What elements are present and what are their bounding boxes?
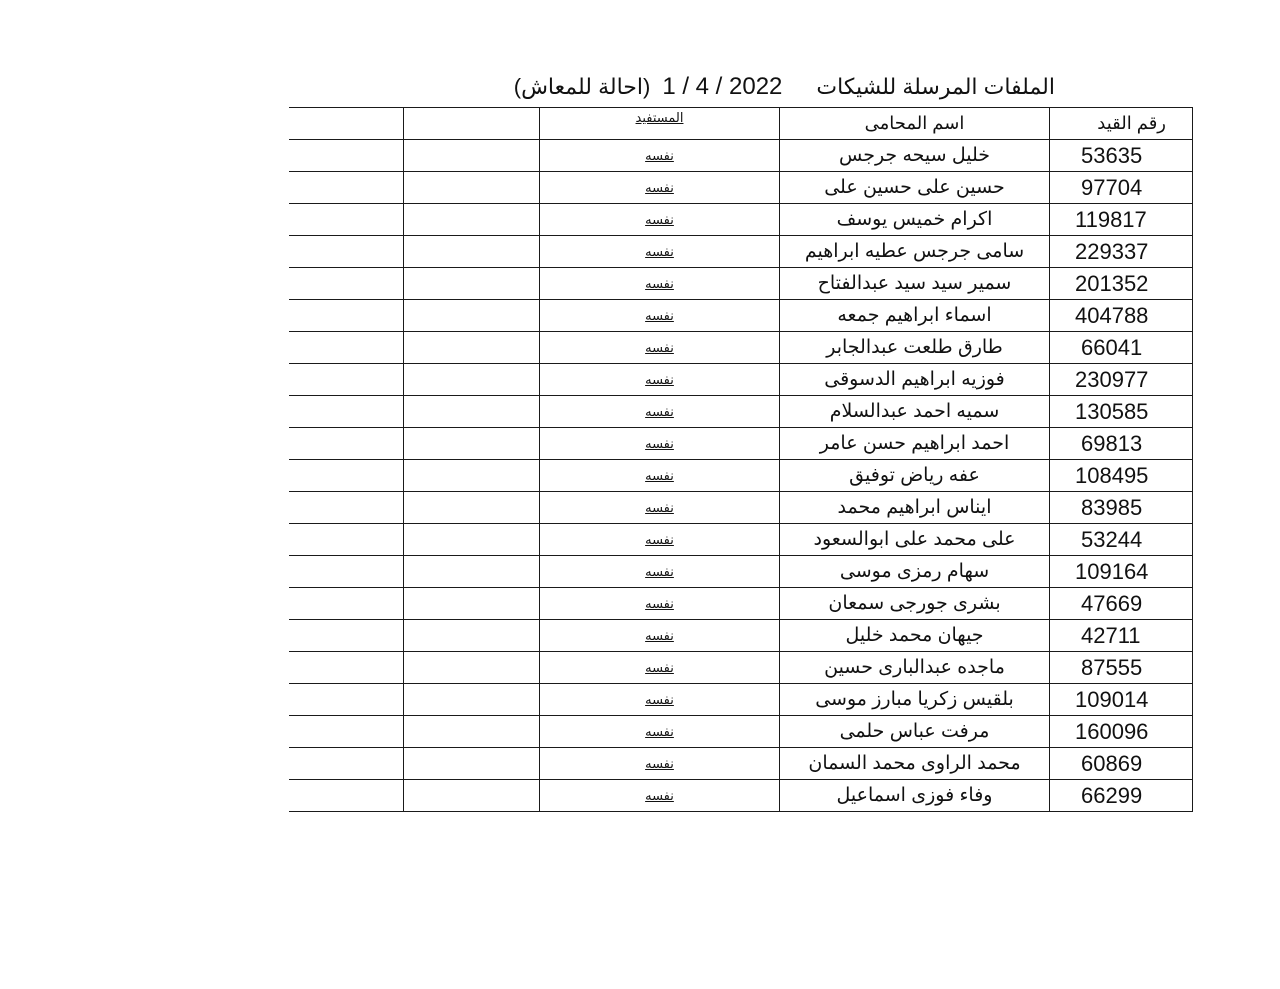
cell-registration-number: 60869 (1050, 748, 1193, 780)
registration-number-text: 97704 (1075, 175, 1167, 201)
beneficiary-text: نفسه (645, 788, 674, 803)
cell-lawyer-name: سمير سيد سيد عبدالفتاح (780, 268, 1050, 300)
beneficiary-text: نفسه (645, 244, 674, 259)
cell-lawyer-name: مرفت عباس حلمى (780, 716, 1050, 748)
cell-beneficiary: نفسه (540, 172, 780, 204)
cell-beneficiary: نفسه (540, 204, 780, 236)
title-main: الملفات المرسلة للشيكات (816, 74, 1055, 100)
cell-beneficiary: نفسه (540, 556, 780, 588)
cell-blank-2 (404, 364, 540, 396)
beneficiary-text: نفسه (645, 372, 674, 387)
registration-number-text: 47669 (1075, 591, 1167, 617)
beneficiary-text: نفسه (645, 692, 674, 707)
cell-registration-number: 53635 (1050, 140, 1193, 172)
cell-beneficiary: نفسه (540, 780, 780, 812)
cell-blank-2 (404, 684, 540, 716)
cell-beneficiary: نفسه (540, 460, 780, 492)
beneficiary-text: نفسه (645, 148, 674, 163)
registration-number-text: 66041 (1075, 335, 1167, 361)
cell-registration-number: 87555 (1050, 652, 1193, 684)
table-row: نفسه وفاء فوزى اسماعيل 66299 (289, 780, 1193, 812)
cell-lawyer-name: سهام رمزى موسى (780, 556, 1050, 588)
registration-number-text: 160096 (1075, 719, 1167, 745)
table-row: نفسه سهام رمزى موسى 109164 (289, 556, 1193, 588)
cell-registration-number: 42711 (1050, 620, 1193, 652)
registration-number-text: 119817 (1075, 207, 1167, 233)
beneficiary-text: نفسه (645, 404, 674, 419)
cell-blank-2 (404, 780, 540, 812)
cell-lawyer-name: فوزيه ابراهيم الدسوقى (780, 364, 1050, 396)
table-row: نفسه جيهان محمد خليل 42711 (289, 620, 1193, 652)
table-row: نفسه سامى جرجس عطيه ابراهيم 229337 (289, 236, 1193, 268)
cell-blank-2 (404, 396, 540, 428)
cell-lawyer-name: ماجده عبدالبارى حسين (780, 652, 1050, 684)
title-date: 1 / 4 / 2022 (662, 73, 782, 101)
cell-registration-number: 201352 (1050, 268, 1193, 300)
cell-blank-2 (404, 748, 540, 780)
table-row: نفسه ماجده عبدالبارى حسين 87555 (289, 652, 1193, 684)
registration-number-text: 53635 (1075, 143, 1167, 169)
registration-number-text: 69813 (1075, 431, 1167, 457)
cell-beneficiary: نفسه (540, 588, 780, 620)
registration-number-text: 230977 (1075, 367, 1167, 393)
cell-registration-number: 130585 (1050, 396, 1193, 428)
cell-blank-2 (404, 588, 540, 620)
cell-registration-number: 47669 (1050, 588, 1193, 620)
registration-number-text: 130585 (1075, 399, 1167, 425)
cell-lawyer-name: بشرى جورجى سمعان (780, 588, 1050, 620)
table-row: نفسه عفه رياض توفيق 108495 (289, 460, 1193, 492)
cell-blank-2 (404, 332, 540, 364)
beneficiary-text: نفسه (645, 340, 674, 355)
cell-lawyer-name: ايناس ابراهيم محمد (780, 492, 1050, 524)
registration-number-text: 87555 (1075, 655, 1167, 681)
cell-lawyer-name: اسماء ابراهيم جمعه (780, 300, 1050, 332)
cell-blank-1 (289, 748, 404, 780)
beneficiary-text: نفسه (645, 532, 674, 547)
table-row: نفسه فوزيه ابراهيم الدسوقى 230977 (289, 364, 1193, 396)
cell-beneficiary: نفسه (540, 236, 780, 268)
cell-lawyer-name: بلقيس زكريا مبارز موسى (780, 684, 1050, 716)
cell-beneficiary: نفسه (540, 652, 780, 684)
cell-registration-number: 69813 (1050, 428, 1193, 460)
cell-registration-number: 66299 (1050, 780, 1193, 812)
beneficiary-text: نفسه (645, 596, 674, 611)
beneficiary-text: نفسه (645, 724, 674, 739)
cell-lawyer-name: حسين على حسين على (780, 172, 1050, 204)
cell-lawyer-name: على محمد على ابوالسعود (780, 524, 1050, 556)
cell-registration-number: 53244 (1050, 524, 1193, 556)
table-row: نفسه مرفت عباس حلمى 160096 (289, 716, 1193, 748)
registration-number-text: 404788 (1075, 303, 1167, 329)
cell-blank-2 (404, 236, 540, 268)
document-title: الملفات المرسلة للشيكات 1 / 4 / 2022 (اح… (510, 70, 1055, 104)
cell-blank-1 (289, 332, 404, 364)
cell-blank-2 (404, 652, 540, 684)
cell-beneficiary: نفسه (540, 620, 780, 652)
beneficiary-text: نفسه (645, 660, 674, 675)
registration-number-text: 108495 (1075, 463, 1167, 489)
cell-lawyer-name: محمد الراوى محمد السمان (780, 748, 1050, 780)
cell-lawyer-name: وفاء فوزى اسماعيل (780, 780, 1050, 812)
cell-beneficiary: نفسه (540, 492, 780, 524)
table-row: نفسه احمد ابراهيم حسن عامر 69813 (289, 428, 1193, 460)
cell-blank-1 (289, 652, 404, 684)
cell-registration-number: 230977 (1050, 364, 1193, 396)
table-header-row: المستفيد اسم المحامى رقم القيد (289, 108, 1193, 140)
pension-files-table: المستفيد اسم المحامى رقم القيد نفسه خليل… (289, 107, 1193, 812)
beneficiary-text: نفسه (645, 436, 674, 451)
cell-registration-number: 109164 (1050, 556, 1193, 588)
table-row: نفسه محمد الراوى محمد السمان 60869 (289, 748, 1193, 780)
table-row: نفسه بشرى جورجى سمعان 47669 (289, 588, 1193, 620)
beneficiary-text: نفسه (645, 500, 674, 515)
cell-blank-1 (289, 492, 404, 524)
cell-blank-2 (404, 524, 540, 556)
cell-blank-1 (289, 684, 404, 716)
table-row: نفسه طارق طلعت عبدالجابر 66041 (289, 332, 1193, 364)
cell-beneficiary: نفسه (540, 268, 780, 300)
cell-blank-2 (404, 428, 540, 460)
cell-blank-1 (289, 172, 404, 204)
beneficiary-text: نفسه (645, 564, 674, 579)
cell-beneficiary: نفسه (540, 748, 780, 780)
cell-registration-number: 109014 (1050, 684, 1193, 716)
header-lawyer-name: اسم المحامى (780, 108, 1050, 140)
table-row: نفسه خليل سيحه جرجس 53635 (289, 140, 1193, 172)
cell-registration-number: 97704 (1050, 172, 1193, 204)
cell-beneficiary: نفسه (540, 140, 780, 172)
cell-beneficiary: نفسه (540, 684, 780, 716)
title-note: (احالة للمعاش) (514, 74, 651, 100)
table-row: نفسه بلقيس زكريا مبارز موسى 109014 (289, 684, 1193, 716)
registration-number-text: 109014 (1075, 687, 1167, 713)
cell-beneficiary: نفسه (540, 428, 780, 460)
table-row: نفسه ايناس ابراهيم محمد 83985 (289, 492, 1193, 524)
cell-beneficiary: نفسه (540, 716, 780, 748)
cell-lawyer-name: سميه احمد عبدالسلام (780, 396, 1050, 428)
cell-registration-number: 404788 (1050, 300, 1193, 332)
registration-number-text: 66299 (1075, 783, 1167, 809)
table-row: نفسه سميه احمد عبدالسلام 130585 (289, 396, 1193, 428)
cell-registration-number: 108495 (1050, 460, 1193, 492)
beneficiary-text: نفسه (645, 628, 674, 643)
table-row: نفسه اسماء ابراهيم جمعه 404788 (289, 300, 1193, 332)
cell-blank-1 (289, 236, 404, 268)
cell-blank-1 (289, 396, 404, 428)
cell-registration-number: 83985 (1050, 492, 1193, 524)
header-beneficiary: المستفيد (540, 108, 780, 140)
cell-beneficiary: نفسه (540, 396, 780, 428)
cell-beneficiary: نفسه (540, 364, 780, 396)
cell-blank-1 (289, 620, 404, 652)
cell-lawyer-name: طارق طلعت عبدالجابر (780, 332, 1050, 364)
beneficiary-text: نفسه (645, 180, 674, 195)
beneficiary-text: نفسه (645, 212, 674, 227)
beneficiary-text: نفسه (645, 276, 674, 291)
registration-number-text: 53244 (1075, 527, 1167, 553)
beneficiary-text: نفسه (645, 308, 674, 323)
cell-blank-1 (289, 524, 404, 556)
table-row: نفسه اكرام خميس يوسف 119817 (289, 204, 1193, 236)
beneficiary-text: نفسه (645, 756, 674, 771)
cell-blank-2 (404, 716, 540, 748)
cell-blank-1 (289, 428, 404, 460)
table-row: نفسه على محمد على ابوالسعود 53244 (289, 524, 1193, 556)
table-row: نفسه سمير سيد سيد عبدالفتاح 201352 (289, 268, 1193, 300)
header-registration-number: رقم القيد (1050, 108, 1193, 140)
cell-blank-2 (404, 620, 540, 652)
cell-blank-1 (289, 268, 404, 300)
table-row: نفسه حسين على حسين على 97704 (289, 172, 1193, 204)
cell-blank-1 (289, 588, 404, 620)
registration-number-text: 201352 (1075, 271, 1167, 297)
registration-number-text: 109164 (1075, 559, 1167, 585)
cell-blank-1 (289, 140, 404, 172)
cell-lawyer-name: احمد ابراهيم حسن عامر (780, 428, 1050, 460)
cell-blank-2 (404, 268, 540, 300)
cell-registration-number: 119817 (1050, 204, 1193, 236)
cell-blank-2 (404, 492, 540, 524)
registration-number-text: 42711 (1075, 623, 1167, 649)
cell-blank-1 (289, 556, 404, 588)
header-beneficiary-label: المستفيد (636, 110, 684, 125)
registration-number-text: 60869 (1075, 751, 1167, 777)
cell-registration-number: 229337 (1050, 236, 1193, 268)
cell-blank-2 (404, 172, 540, 204)
cell-lawyer-name: جيهان محمد خليل (780, 620, 1050, 652)
cell-registration-number: 160096 (1050, 716, 1193, 748)
cell-blank-2 (404, 556, 540, 588)
cell-blank-2 (404, 140, 540, 172)
cell-blank-2 (404, 460, 540, 492)
cell-blank-2 (404, 204, 540, 236)
cell-blank-2 (404, 300, 540, 332)
cell-lawyer-name: سامى جرجس عطيه ابراهيم (780, 236, 1050, 268)
header-blank-1 (289, 108, 404, 140)
cell-lawyer-name: عفه رياض توفيق (780, 460, 1050, 492)
cell-beneficiary: نفسه (540, 300, 780, 332)
cell-blank-1 (289, 204, 404, 236)
registration-number-text: 229337 (1075, 239, 1167, 265)
cell-blank-1 (289, 300, 404, 332)
cell-blank-1 (289, 716, 404, 748)
cell-lawyer-name: اكرام خميس يوسف (780, 204, 1050, 236)
registration-number-text: 83985 (1075, 495, 1167, 521)
cell-blank-1 (289, 780, 404, 812)
cell-registration-number: 66041 (1050, 332, 1193, 364)
cell-lawyer-name: خليل سيحه جرجس (780, 140, 1050, 172)
cell-blank-1 (289, 460, 404, 492)
header-blank-2 (404, 108, 540, 140)
cell-blank-1 (289, 364, 404, 396)
cell-beneficiary: نفسه (540, 332, 780, 364)
cell-beneficiary: نفسه (540, 524, 780, 556)
beneficiary-text: نفسه (645, 468, 674, 483)
